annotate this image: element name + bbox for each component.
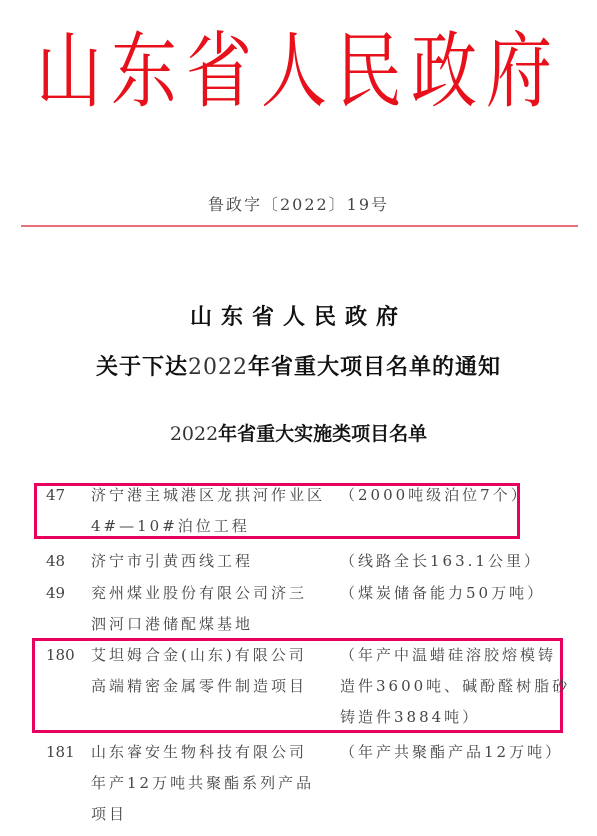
project-number: 181	[46, 737, 86, 768]
project-scale: （2000吨级泊位7个）	[340, 480, 575, 511]
project-name: 山东睿安生物科技有限公司 年产12万吨共聚酯系列产品 项目	[91, 737, 336, 830]
project-scale: （年产共聚酯产品12万吨）	[340, 737, 590, 768]
project-row-48: 48 济宁市引黄西线工程 （线路全长163.1公里）	[46, 546, 546, 577]
project-scale-line: （2000吨级泊位7个）	[340, 480, 575, 511]
project-name-line: 泗河口港储配煤基地	[91, 609, 336, 640]
project-name-line: 4#—10#泊位工程	[91, 511, 336, 542]
project-name-line: 项目	[91, 799, 336, 830]
project-row-49: 49 兖州煤业股份有限公司济三 泗河口港储配煤基地 （煤炭储备能力50万吨）	[46, 578, 546, 640]
project-name-line: 年产12万吨共聚酯系列产品	[91, 768, 336, 799]
masthead-title: 山东省人民政府	[0, 22, 597, 122]
project-number: 180	[46, 640, 86, 671]
project-number: 49	[46, 578, 86, 609]
notice-year: 2022	[188, 355, 248, 380]
project-name: 兖州煤业股份有限公司济三 泗河口港储配煤基地	[91, 578, 336, 640]
project-name: 济宁港主城港区龙拱河作业区 4#—10#泊位工程	[91, 480, 336, 542]
project-scale-line: （年产中温蜡硅溶胶熔模铸	[340, 640, 575, 671]
project-name-line: 高端精密金属零件制造项目	[91, 671, 336, 702]
document-number: 鲁政字〔2022〕19号	[0, 192, 597, 215]
notice-title: 关于下达2022年省重大项目名单的通知	[0, 350, 597, 381]
project-scale-line: （年产共聚酯产品12万吨）	[340, 737, 590, 768]
notice-suffix: 年省重大项目名单的通知	[248, 354, 501, 380]
list-title-text: 年省重大实施类项目名单	[218, 423, 427, 445]
issuer-heading: 山东省人民政府	[0, 300, 597, 331]
project-number: 47	[46, 480, 86, 511]
project-scale-line: 铸造件3884吨）	[340, 702, 575, 733]
list-year: 2022	[170, 423, 218, 445]
project-scale-line: 造件3600吨、碱酚醛树脂砂	[340, 671, 575, 702]
project-name-line: 济宁港主城港区龙拱河作业区	[91, 480, 336, 511]
project-name-line: 山东睿安生物科技有限公司	[91, 737, 336, 768]
project-name: 济宁市引黄西线工程	[91, 546, 336, 577]
list-title: 2022年省重大实施类项目名单	[0, 419, 597, 446]
project-name-line: 艾坦姆合金(山东)有限公司	[91, 640, 336, 671]
project-name-line: 兖州煤业股份有限公司济三	[91, 578, 336, 609]
project-row-47: 47 济宁港主城港区龙拱河作业区 4#—10#泊位工程 （2000吨级泊位7个）	[46, 480, 546, 542]
project-scale-line: （线路全长163.1公里）	[340, 546, 575, 577]
notice-prefix: 关于下达	[96, 354, 188, 380]
red-divider	[21, 225, 578, 227]
project-scale: （煤炭储备能力50万吨）	[340, 578, 575, 609]
project-row-181: 181 山东睿安生物科技有限公司 年产12万吨共聚酯系列产品 项目 （年产共聚酯…	[46, 737, 576, 830]
project-scale: （年产中温蜡硅溶胶熔模铸 造件3600吨、碱酚醛树脂砂 铸造件3884吨）	[340, 640, 575, 733]
project-scale-line: （煤炭储备能力50万吨）	[340, 578, 575, 609]
project-row-180: 180 艾坦姆合金(山东)有限公司 高端精密金属零件制造项目 （年产中温蜡硅溶胶…	[46, 640, 561, 733]
project-name-line: 济宁市引黄西线工程	[91, 546, 336, 577]
project-name: 艾坦姆合金(山东)有限公司 高端精密金属零件制造项目	[91, 640, 336, 702]
project-scale: （线路全长163.1公里）	[340, 546, 575, 577]
project-number: 48	[46, 546, 86, 577]
